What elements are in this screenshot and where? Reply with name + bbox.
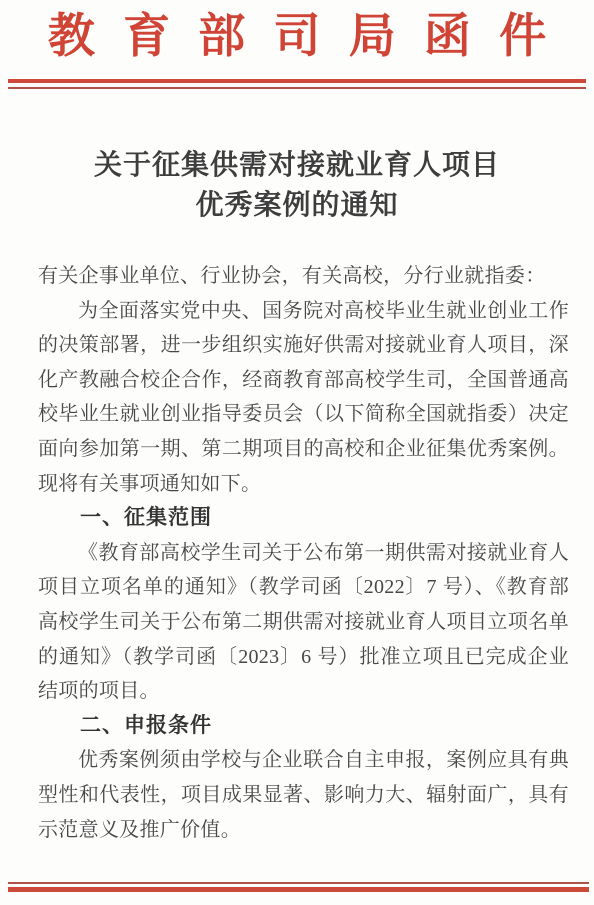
document-title-line-2: 优秀案例的通知 <box>0 186 594 226</box>
section-1-heading: 一、征集范围 <box>38 501 569 536</box>
letterhead: 教育部司局函件 <box>0 10 594 89</box>
document-page: 教育部司局函件 关于征集供需对接就业育人项目 优秀案例的通知 有关企事业单位、行… <box>0 0 594 905</box>
document-title-line-1: 关于征集供需对接就业育人项目 <box>0 146 594 186</box>
document-body: 有关企事业单位、行业协会，有关高校，分行业就指委： 为全面落实党中央、国务院对高… <box>38 259 569 847</box>
header-double-rule <box>8 79 586 89</box>
section-1-paragraph: 《教育部高校学生司关于公布第一期供需对接就业育人项目立项名单的通知》（教学司函〔… <box>38 536 569 709</box>
header-rule-thick <box>8 79 586 83</box>
section-2-heading: 二、申报条件 <box>38 709 569 744</box>
document-type-banner: 教育部司局函件 <box>0 10 594 64</box>
document-title: 关于征集供需对接就业育人项目 优秀案例的通知 <box>0 146 594 226</box>
header-rule-thin <box>8 87 586 89</box>
footer-rule-thick <box>8 887 589 892</box>
footer-double-rule <box>8 882 589 892</box>
section-2-paragraph: 优秀案例须由学校与企业联合自主申报，案例应具有典型性和代表性，项目成果显著、影响… <box>38 743 569 847</box>
salutation: 有关企事业单位、行业协会，有关高校，分行业就指委： <box>38 259 569 294</box>
footer-rule-thin <box>8 882 589 884</box>
intro-paragraph: 为全面落实党中央、国务院对高校毕业生就业创业工作的决策部署，进一步组织实施好供需… <box>38 294 569 502</box>
